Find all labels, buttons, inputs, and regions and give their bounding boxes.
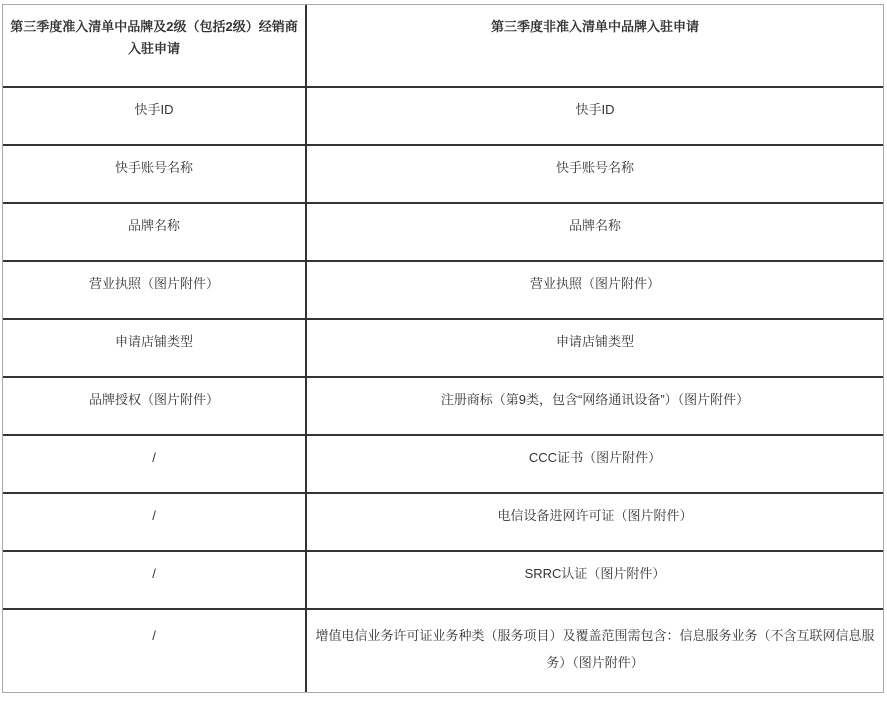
table-row: 品牌名称 品牌名称: [3, 203, 883, 261]
table-cell: 申请店铺类型: [306, 319, 883, 377]
table-cell: /: [3, 435, 306, 493]
table-cell: 快手账号名称: [3, 145, 306, 203]
table-cell: CCC证书（图片附件）: [306, 435, 883, 493]
table-cell: 申请店铺类型: [3, 319, 306, 377]
document-page: 第三季度准入清单中品牌及2级（包括2级）经销商入驻申请 第三季度非准入清单中品牌…: [0, 0, 887, 701]
table-header-row: 第三季度准入清单中品牌及2级（包括2级）经销商入驻申请 第三季度非准入清单中品牌…: [3, 5, 883, 87]
table-cell: /: [3, 493, 306, 551]
table-cell: SRRC认证（图片附件）: [306, 551, 883, 609]
table-cell: 注册商标（第9类，包含“网络通讯设备”）（图片附件）: [306, 377, 883, 435]
table-row: / CCC证书（图片附件）: [3, 435, 883, 493]
entry-requirements-table: 第三季度准入清单中品牌及2级（包括2级）经销商入驻申请 第三季度非准入清单中品牌…: [3, 5, 883, 692]
table-row: 快手ID 快手ID: [3, 87, 883, 145]
table-cell: 快手账号名称: [306, 145, 883, 203]
table-cell: 增值电信业务许可证业务种类（服务项目）及覆盖范围需包含：信息服务业务（不含互联网…: [306, 609, 883, 692]
table-row: 快手账号名称 快手账号名称: [3, 145, 883, 203]
header-cell-admitted-list: 第三季度准入清单中品牌及2级（包括2级）经销商入驻申请: [3, 5, 306, 87]
table-cell: 营业执照（图片附件）: [306, 261, 883, 319]
table-cell: 快手ID: [306, 87, 883, 145]
table-cell: 品牌授权（图片附件）: [3, 377, 306, 435]
table-cell: 品牌名称: [3, 203, 306, 261]
table-cell: 电信设备进网许可证（图片附件）: [306, 493, 883, 551]
table-row: 营业执照（图片附件） 营业执照（图片附件）: [3, 261, 883, 319]
table-cell: /: [3, 551, 306, 609]
table-cell: /: [3, 609, 306, 692]
table-row: / 增值电信业务许可证业务种类（服务项目）及覆盖范围需包含：信息服务业务（不含互…: [3, 609, 883, 692]
table-outer-frame: 第三季度准入清单中品牌及2级（包括2级）经销商入驻申请 第三季度非准入清单中品牌…: [2, 4, 884, 693]
table-cell: 品牌名称: [306, 203, 883, 261]
header-cell-non-admitted-list: 第三季度非准入清单中品牌入驻申请: [306, 5, 883, 87]
table-row: / SRRC认证（图片附件）: [3, 551, 883, 609]
table-row: 品牌授权（图片附件） 注册商标（第9类，包含“网络通讯设备”）（图片附件）: [3, 377, 883, 435]
table-row: / 电信设备进网许可证（图片附件）: [3, 493, 883, 551]
table-cell: 营业执照（图片附件）: [3, 261, 306, 319]
table-row: 申请店铺类型 申请店铺类型: [3, 319, 883, 377]
table-cell: 快手ID: [3, 87, 306, 145]
